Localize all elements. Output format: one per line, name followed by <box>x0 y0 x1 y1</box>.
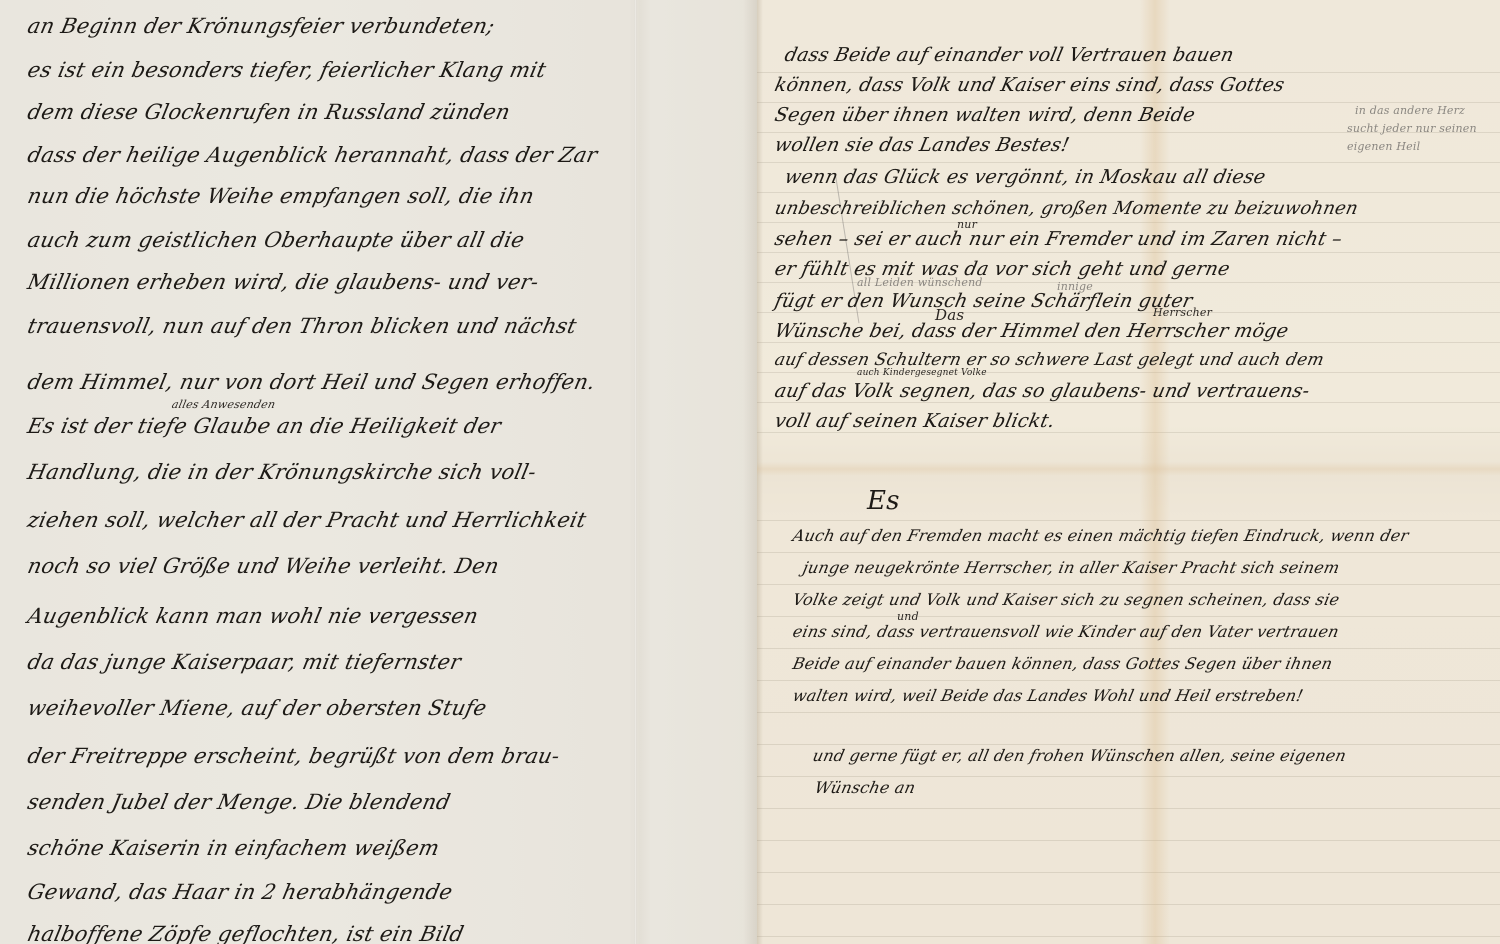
right-line-20: und gerne fügt er, all den frohen Wünsch… <box>811 746 1348 765</box>
ruled-line <box>757 808 1500 809</box>
ruled-line <box>757 102 1500 103</box>
insertion-herrscher: Herrscher <box>1153 306 1212 319</box>
left-line-15: da das junge Kaiserpaar, mit tiefernster <box>25 650 463 674</box>
left-line-10: Es ist der tiefe Glaube an die Heiligkei… <box>25 414 503 438</box>
left-manuscript-sheet: an Beginn der Krönungsfeier verbundeten;… <box>0 0 757 944</box>
insertion-es: Es <box>867 486 900 516</box>
sheet-edge-shadow <box>743 0 757 944</box>
right-line-8: er fühlt es mit was da vor sich geht und… <box>773 258 1232 280</box>
ruled-line <box>757 776 1500 777</box>
margin-note-line-1: in das andere Herz <box>1355 104 1465 117</box>
ruled-line <box>757 342 1500 343</box>
right-line-12: auf das Volk segnen, das so glaubens- un… <box>773 380 1312 402</box>
right-line-1: dass Beide auf einander voll Vertrauen b… <box>783 44 1236 66</box>
left-line-19: schöne Kaiserin in einfachem weißem <box>25 836 441 860</box>
margin-note-line-3: eigenen Heil <box>1347 140 1420 153</box>
ruled-line <box>757 872 1500 873</box>
right-line-10: Wünsche bei, dass der Himmel den Herrsch… <box>773 320 1291 342</box>
right-line-14: Auch auf den Fremden macht es einen mäch… <box>791 526 1411 545</box>
ruled-line <box>757 904 1500 905</box>
left-line-7: Millionen erheben wird, die glaubens- un… <box>25 270 540 294</box>
left-line-11: Handlung, die in der Krönungskirche sich… <box>25 460 538 484</box>
right-line-17: eins sind, dass vertrauensvoll wie Kinde… <box>791 622 1341 641</box>
right-line-18: Beide auf einander bauen können, dass Go… <box>791 654 1334 673</box>
margin-note-line-2: sucht jeder nur seinen <box>1347 122 1477 135</box>
right-line-15: junge neugekrönte Herrscher, in aller Ka… <box>801 558 1341 577</box>
right-line-21: Wünsche an <box>813 778 917 797</box>
right-line-6: unbeschreiblichen schönen, großen Moment… <box>773 198 1360 219</box>
right-line-11: auf dessen Schultern er so schwere Last … <box>773 350 1326 370</box>
left-line-6: auch zum geistlichen Oberhaupte über all… <box>25 228 526 252</box>
right-line-9: fügt er den Wunsch seine Schärflein gute… <box>773 290 1195 312</box>
insertion-volk: auch Kindergesegnet Volke <box>857 368 987 378</box>
ruled-line <box>757 252 1500 253</box>
left-line-3: dem diese Glockenrufen in Russland zünde… <box>25 100 512 124</box>
left-line-18: senden Jubel der Menge. Die blendend <box>25 790 452 814</box>
ruled-line <box>757 680 1500 681</box>
left-line-13: noch so viel Größe und Weihe verleiht. D… <box>25 554 501 578</box>
right-line-13: voll auf seinen Kaiser blickt. <box>773 410 1057 432</box>
left-line-16: weihevoller Miene, auf der obersten Stuf… <box>25 696 488 720</box>
left-line-9: dem Himmel, nur von dort Heil und Segen … <box>25 370 597 394</box>
ruled-line <box>757 584 1500 585</box>
ruled-line <box>757 162 1500 163</box>
left-line-20: Gewand, das Haar in 2 herabhängende <box>25 880 454 904</box>
left-line-21: halboffene Zöpfe geflochten, ist ein Bil… <box>25 922 466 944</box>
paper-fold <box>757 462 1500 476</box>
right-line-4: wollen sie das Landes Bestes! <box>773 134 1072 156</box>
ruled-line <box>757 520 1500 521</box>
right-line-5: wenn das Glück es vergönnt, in Moskau al… <box>783 166 1268 188</box>
pencil-insertion: all Leiden wünschend <box>857 276 983 289</box>
ruled-line <box>757 648 1500 649</box>
right-manuscript-sheet: dass Beide auf einander voll Vertrauen b… <box>757 0 1500 944</box>
ruled-line <box>757 72 1500 73</box>
left-line-2: es ist ein besonders tiefer, feierlicher… <box>25 58 548 82</box>
left-line-4: dass der heilige Augenblick herannaht, d… <box>25 143 599 167</box>
ruled-line <box>757 192 1500 193</box>
paper-fold <box>634 0 637 944</box>
right-line-3: Segen über ihnen walten wird, denn Beide <box>773 104 1198 126</box>
left-line-14: Augenblick kann man wohl nie vergessen <box>25 604 480 628</box>
left-line-12: ziehen soll, welcher all der Pracht und … <box>25 508 588 532</box>
ruled-line <box>757 712 1500 713</box>
ruled-line <box>757 936 1500 937</box>
right-line-16: Volke zeigt und Volk und Kaiser sich zu … <box>791 590 1341 609</box>
left-line-5: nun die höchste Weihe empfangen soll, di… <box>25 184 536 208</box>
ruled-line <box>757 312 1500 313</box>
ruled-line <box>757 552 1500 553</box>
ruled-line <box>757 402 1500 403</box>
left-line-8: trauensvoll, nun auf den Thron blicken u… <box>25 314 578 338</box>
right-line-7: sehen – sei er auch nur ein Fremder und … <box>773 228 1345 250</box>
right-line-19: walten wird, weil Beide das Landes Wohl … <box>791 686 1305 705</box>
left-line-1: an Beginn der Krönungsfeier verbundeten; <box>25 14 497 38</box>
ruled-line <box>757 616 1500 617</box>
left-insertion: alles Anwesenden <box>171 398 277 411</box>
ruled-line <box>757 222 1500 223</box>
ruled-line <box>757 744 1500 745</box>
right-line-2: können, dass Volk und Kaiser eins sind, … <box>773 74 1287 96</box>
left-line-17: der Freitreppe erscheint, begrüßt von de… <box>25 744 562 768</box>
ruled-line <box>757 432 1500 433</box>
ruled-line <box>757 840 1500 841</box>
